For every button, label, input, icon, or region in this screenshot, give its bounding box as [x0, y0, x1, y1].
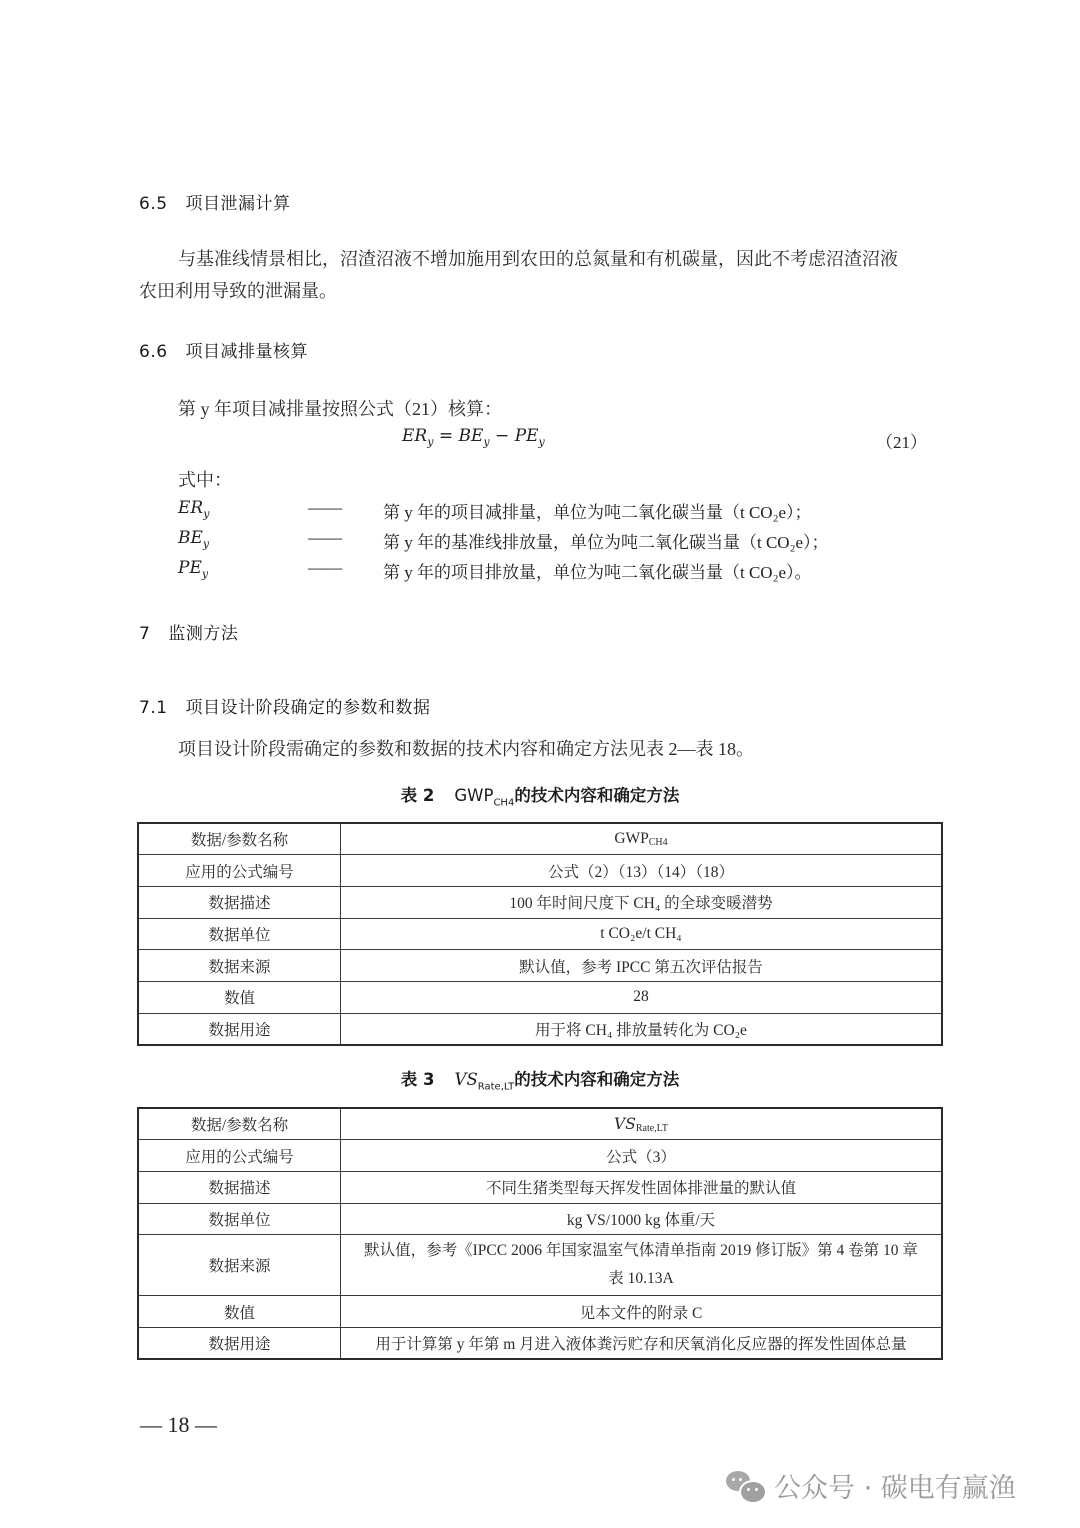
eq-minus: − — [490, 426, 515, 446]
table-value: 公式（2）（13）（14）（18） — [341, 855, 943, 887]
where-label: 式中： — [178, 463, 232, 497]
table-key: 数据单位 — [138, 918, 341, 950]
table-value: VSRate,LT — [341, 1108, 943, 1140]
paragraph-leakage-line2: 农田利用导致的泄漏量。 — [139, 274, 337, 308]
table-row: 数据描述不同生猪类型每天挥发性固体排泄量的默认值 — [138, 1171, 942, 1203]
table-row: 数值28 — [138, 981, 942, 1013]
table-key: 数据/参数名称 — [138, 1108, 341, 1140]
section-heading-6-5: 6.5项目泄漏计算 — [139, 189, 291, 214]
table-row: 应用的公式编号公式（2）（13）（14）（18） — [138, 855, 942, 887]
definition-dash: —— — [308, 558, 342, 578]
equation-21: ERy = BEy − PEy — [402, 426, 545, 448]
table-row: 应用的公式编号公式（3） — [138, 1140, 942, 1172]
table-row: 数据/参数名称GWPCH4 — [138, 823, 942, 855]
table3-caption: 表 3VSRate,LT的技术内容和确定方法 — [0, 1066, 1080, 1092]
table-value: 28 — [341, 981, 943, 1013]
table-row: 数据用途用于将 CH₄ 排放量转化为 CO₂e — [138, 1013, 942, 1045]
table-value: kg VS/1000 kg 体重/天 — [341, 1203, 943, 1235]
table-key: 数值 — [138, 1296, 341, 1328]
table-value: 公式（3） — [341, 1140, 943, 1172]
table-value: 用于将 CH₄ 排放量转化为 CO₂e — [341, 1013, 943, 1045]
section-title: 项目减排量核算 — [186, 342, 309, 362]
definition-symbol: ERy — [178, 498, 278, 520]
eq-term2-sub: y — [539, 435, 545, 448]
table-key: 数据/参数名称 — [138, 823, 341, 855]
table-row: 数据来源默认值，参考《IPCC 2006 年国家温室气体清单指南 2019 修订… — [138, 1235, 942, 1296]
equation-number: （21） — [876, 428, 927, 453]
definition-dash: —— — [308, 528, 342, 548]
section-title: 监测方法 — [168, 624, 238, 644]
table-key: 应用的公式编号 — [138, 855, 341, 887]
table-row: 数据/参数名称VSRate,LT — [138, 1108, 942, 1140]
table-key: 应用的公式编号 — [138, 1140, 341, 1172]
table-row: 数值见本文件的附录 C — [138, 1296, 942, 1328]
table-key: 数据用途 — [138, 1327, 341, 1359]
watermark: 公众号 · 碳电有赢渔 — [726, 1466, 1016, 1505]
table-key: 数据单位 — [138, 1203, 341, 1235]
definition-symbol: BEy — [178, 528, 278, 550]
definition-text: 第 y 年的基准线排放量，单位为吨二氧化碳当量（t CO₂e）； — [383, 528, 829, 553]
table-value: t CO₂e/t CH₄ — [341, 918, 943, 950]
table-value: 用于计算第 y 年第 m 月进入液体粪污贮存和厌氧消化反应器的挥发性固体总量 — [341, 1327, 943, 1359]
table-row: 数据单位kg VS/1000 kg 体重/天 — [138, 1203, 942, 1235]
eq-term2: PE — [515, 426, 539, 446]
section-heading-6-6: 6.6项目减排量核算 — [139, 337, 308, 362]
section-number: 7.1 — [139, 698, 168, 718]
table-key: 数据用途 — [138, 1013, 341, 1045]
eq-term1: BE — [459, 426, 484, 446]
page-number: — 18 — — [140, 1412, 217, 1438]
section-number: 6.5 — [139, 194, 168, 214]
section-number: 7 — [139, 624, 150, 644]
table-row: 数据来源默认值，参考 IPCC 第五次评估报告 — [138, 950, 942, 982]
paragraph-7-1: 项目设计阶段需确定的参数和数据的技术内容和确定方法见表 2—表 18。 — [178, 732, 754, 766]
table2: 数据/参数名称GWPCH4 应用的公式编号公式（2）（13）（14）（18） 数… — [137, 822, 943, 1046]
table-value: 默认值，参考《IPCC 2006 年国家温室气体清单指南 2019 修订版》第 … — [341, 1235, 943, 1296]
section-heading-7-1: 7.1项目设计阶段确定的参数和数据 — [139, 693, 431, 718]
definition-text: 第 y 年的项目排放量，单位为吨二氧化碳当量（t CO₂e）。 — [383, 558, 812, 583]
table3: 数据/参数名称VSRate,LT 应用的公式编号公式（3） 数据描述不同生猪类型… — [137, 1107, 943, 1360]
table2-caption: 表 2GWPCH4的技术内容和确定方法 — [0, 782, 1080, 808]
section-heading-7: 7监测方法 — [139, 619, 238, 644]
table-key: 数据来源 — [138, 1235, 341, 1296]
section-title: 项目设计阶段确定的参数和数据 — [186, 698, 431, 718]
table-value: GWPCH4 — [341, 823, 943, 855]
table-key: 数据描述 — [138, 1171, 341, 1203]
wechat-icon — [726, 1469, 768, 1503]
watermark-text: 公众号 · 碳电有赢渔 — [774, 1466, 1016, 1505]
definition-text: 第 y 年的项目减排量，单位为吨二氧化碳当量（t CO₂e）； — [383, 498, 812, 523]
table-key: 数值 — [138, 981, 341, 1013]
table-value: 不同生猪类型每天挥发性固体排泄量的默认值 — [341, 1171, 943, 1203]
definition-symbol: PEy — [178, 558, 278, 580]
table-row: 数据单位t CO₂e/t CH₄ — [138, 918, 942, 950]
table-key: 数据来源 — [138, 950, 341, 982]
table-row: 数据描述100 年时间尺度下 CH₄ 的全球变暖潜势 — [138, 886, 942, 918]
table-value: 见本文件的附录 C — [341, 1296, 943, 1328]
section-number: 6.6 — [139, 342, 168, 362]
eq-lhs: ER — [402, 426, 427, 446]
table-key: 数据描述 — [138, 886, 341, 918]
definition-dash: —— — [308, 498, 342, 518]
eq-equals: = — [433, 426, 458, 446]
table-value: 100 年时间尺度下 CH₄ 的全球变暖潜势 — [341, 886, 943, 918]
paragraph-intro: 第 y 年项目减排量按照公式（21）核算： — [178, 392, 502, 426]
section-title: 项目泄漏计算 — [186, 194, 291, 214]
table-value: 默认值，参考 IPCC 第五次评估报告 — [341, 950, 943, 982]
paragraph-leakage-line1: 与基准线情景相比，沼渣沼液不增加施用到农田的总氮量和有机碳量，因此不考虑沼渣沼液 — [178, 242, 898, 276]
table-row: 数据用途用于计算第 y 年第 m 月进入液体粪污贮存和厌氧消化反应器的挥发性固体… — [138, 1327, 942, 1359]
